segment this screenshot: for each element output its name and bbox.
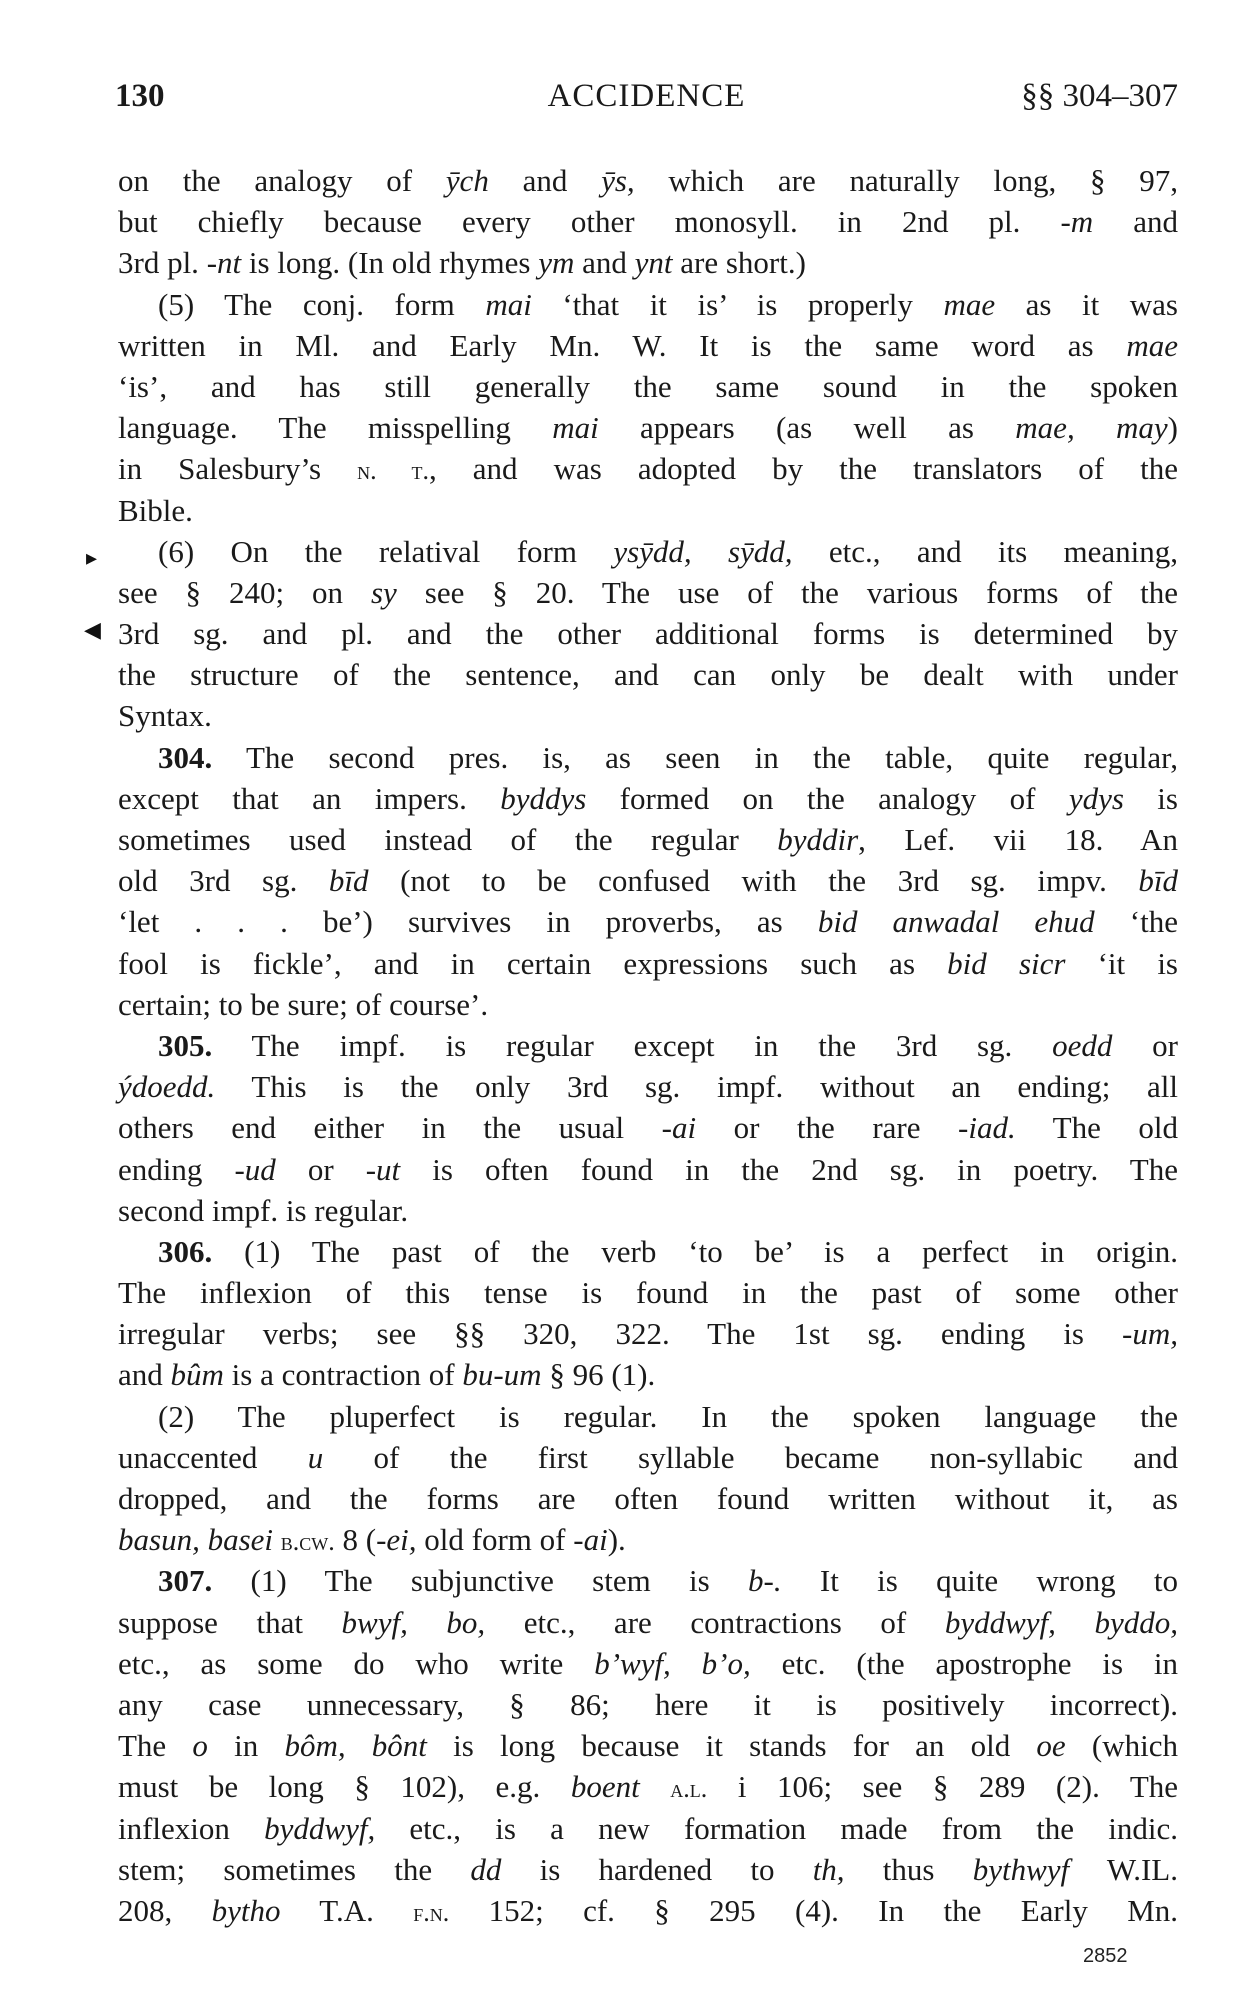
text-run: 3rd pl.: [118, 245, 207, 280]
text-run: T.A.: [281, 1893, 414, 1928]
text-run: 152; cf. § 295 (4). In the Early Mn.: [449, 1893, 1178, 1928]
welsh-form: bīd: [329, 863, 369, 898]
text-run: in: [208, 1728, 285, 1763]
text-run: which are naturally long, § 97,: [635, 163, 1178, 198]
text-line: 304. The second pres. is, as seen in the…: [118, 737, 1178, 778]
welsh-form: ysȳdd, sȳdd,: [613, 534, 792, 569]
welsh-form: ȳs,: [601, 163, 635, 198]
text-run: (not to be confused with the 3rd sg. imp…: [369, 863, 1139, 898]
text-line: unaccented u of the first syllable becam…: [118, 1437, 1178, 1478]
welsh-form: bythwyf: [973, 1852, 1069, 1887]
text-run: Bible.: [118, 493, 193, 528]
text-line: 306. (1) The past of the verb ‘to be’ is…: [118, 1231, 1178, 1272]
text-run: thus: [845, 1852, 973, 1887]
scan-number: 2852: [1083, 1945, 1128, 1968]
text-line: inflexion byddwyf, etc., is a new format…: [118, 1808, 1178, 1849]
welsh-form: byddys: [500, 781, 586, 816]
welsh-form: b’wyf, b’o,: [594, 1646, 751, 1681]
text-run: is hardened to: [501, 1852, 812, 1887]
text-run: dropped, and the forms are often found w…: [118, 1481, 1178, 1516]
text-run: etc., as some do who write: [118, 1646, 594, 1681]
text-run: etc., is a new formation made from the i…: [375, 1811, 1178, 1846]
text-run: as it was: [995, 287, 1178, 322]
welsh-form: -ud: [234, 1152, 275, 1187]
text-run: etc., and its meaning,: [793, 534, 1178, 569]
text-run: (5) The conj. form: [158, 287, 485, 322]
text-run: The old: [1016, 1110, 1178, 1145]
text-run: and: [574, 245, 634, 280]
running-title: ACCIDENCE: [115, 78, 1178, 115]
text-run: etc. (the apostrophe is in: [751, 1646, 1178, 1681]
text-run: (1) The past of the verb ‘to be’ is a pe…: [212, 1234, 1178, 1269]
text-run: certain; to be sure; of course’.: [118, 987, 488, 1022]
welsh-form: bytho: [212, 1893, 281, 1928]
text-line: suppose that bwyf, bo, etc., are contrac…: [118, 1602, 1178, 1643]
welsh-form: ydys: [1069, 781, 1124, 816]
text-line: certain; to be sure; of course’.: [118, 984, 1178, 1025]
text-line: The inflexion of this tense is found in …: [118, 1272, 1178, 1313]
welsh-form: bôm, bônt: [284, 1728, 426, 1763]
welsh-form: sy: [371, 575, 397, 610]
text-run: ): [1168, 410, 1178, 445]
text-run: must be long § 102), e.g.: [118, 1769, 571, 1804]
text-run: or: [276, 1152, 366, 1187]
welsh-form: mai: [552, 410, 599, 445]
text-line: basun, basei b.cw. 8 (-ei, old form of -…: [118, 1519, 1178, 1560]
source-abbrev: a.l.: [670, 1774, 707, 1803]
text-run: 3rd sg. and pl. and the other additional…: [118, 616, 1178, 651]
text-run: ending: [118, 1152, 234, 1187]
welsh-form: -um,: [1122, 1316, 1178, 1351]
text-line: (6) On the relatival form ysȳdd, sȳdd, e…: [118, 531, 1178, 572]
text-run: suppose that: [118, 1605, 342, 1640]
welsh-form: bid sicr: [947, 946, 1065, 981]
text-run: in Salesbury’s: [118, 451, 357, 486]
welsh-form: oedd: [1052, 1028, 1112, 1063]
welsh-form: ȳch: [446, 163, 489, 198]
text-run: is often found in the 2nd sg. in poetry.…: [400, 1152, 1178, 1187]
text-run: , Lef. vii 18. An: [858, 822, 1178, 857]
text-run: ).: [608, 1522, 626, 1557]
text-run: Syntax.: [118, 698, 212, 733]
text-line: except that an impers. byddys formed on …: [118, 778, 1178, 819]
text-run: or: [1112, 1028, 1178, 1063]
text-run: (6) On the relatival form: [158, 534, 613, 569]
pencil-tick-mark-icon: ▸: [86, 545, 97, 571]
welsh-form: ýdoedd.: [118, 1069, 215, 1104]
welsh-form: ynt: [635, 245, 673, 280]
text-run: and: [489, 163, 601, 198]
text-run: inflexion: [118, 1811, 264, 1846]
text-run: and: [1093, 204, 1178, 239]
pencil-arrow-mark-icon: ◀: [84, 617, 101, 643]
text-run: is long because it stands for an old: [427, 1728, 1037, 1763]
section-number: 305.: [158, 1028, 212, 1063]
welsh-form: -m: [1060, 204, 1093, 239]
text-line: (5) The conj. form mai ‘that it is’ is p…: [118, 284, 1178, 325]
text-run: i 106; see § 289 (2). The: [707, 1769, 1178, 1804]
welsh-form: mae: [943, 287, 995, 322]
text-run: (which: [1066, 1728, 1178, 1763]
welsh-form: bwyf, bo,: [342, 1605, 486, 1640]
text-line: stem; sometimes the dd is hardened to th…: [118, 1849, 1178, 1890]
text-run: etc., are contractions of: [485, 1605, 945, 1640]
text-run: [273, 1522, 281, 1557]
text-run: others end either in the usual: [118, 1110, 662, 1145]
welsh-form: -iad.: [958, 1110, 1016, 1145]
text-run: unaccented: [118, 1440, 308, 1475]
text-line: and bûm is a contraction of bu-um § 96 (…: [118, 1354, 1178, 1395]
text-run: old form of: [417, 1522, 574, 1557]
text-line: on the analogy of ȳch and ȳs, which are …: [118, 160, 1178, 201]
section-number: 307.: [158, 1563, 212, 1598]
text-line: fool is fickle’, and in certain expressi…: [118, 943, 1178, 984]
welsh-form: byddwyf, byddo,: [945, 1605, 1178, 1640]
running-header: 130 ACCIDENCE §§ 304–307: [115, 78, 1178, 122]
text-line: the structure of the sentence, and can o…: [118, 654, 1178, 695]
welsh-form: -nt: [207, 245, 241, 280]
text-line: others end either in the usual -ai or th…: [118, 1107, 1178, 1148]
welsh-form: bu-um: [462, 1357, 541, 1392]
text-run: see § 240; on: [118, 575, 371, 610]
text-line: ýdoedd. This is the only 3rd sg. impf. w…: [118, 1066, 1178, 1107]
welsh-form: bīd: [1138, 863, 1178, 898]
text-run: appears (as well as: [599, 410, 1016, 445]
text-line: in Salesbury’s n. t., and was adopted by…: [118, 448, 1178, 489]
section-number: 306.: [158, 1234, 212, 1269]
text-line: 3rd sg. and pl. and the other additional…: [118, 613, 1178, 654]
text-run: see § 20. The use of the various forms o…: [397, 575, 1178, 610]
text-run: ‘let . . . be’) survives in proverbs, as: [118, 904, 818, 939]
source-abbrev: n. t.: [357, 456, 429, 485]
text-run: is a contraction of: [224, 1357, 462, 1392]
text-line: must be long § 102), e.g. boent a.l. i 1…: [118, 1766, 1178, 1807]
text-run: W.IL.: [1069, 1852, 1178, 1887]
welsh-form: o: [192, 1728, 208, 1763]
text-run: [640, 1769, 671, 1804]
welsh-form: mae, may: [1015, 410, 1167, 445]
welsh-form: byddir: [777, 822, 858, 857]
text-line: (2) The pluperfect is regular. In the sp…: [118, 1396, 1178, 1437]
text-run: (1) The subjunctive stem is: [212, 1563, 748, 1598]
text-run: The inflexion of this tense is found in …: [118, 1275, 1178, 1310]
text-run: is long. (In old rhymes: [241, 245, 538, 280]
text-run: but chiefly because every other monosyll…: [118, 204, 1060, 239]
text-run: , and was adopted by the translators of …: [429, 451, 1178, 486]
text-run: on the analogy of: [118, 163, 446, 198]
text-run: stem; sometimes the: [118, 1852, 470, 1887]
welsh-form: u: [308, 1440, 324, 1475]
text-line: irregular verbs; see §§ 320, 322. The 1s…: [118, 1313, 1178, 1354]
text-line: The o in bôm, bônt is long because it st…: [118, 1725, 1178, 1766]
welsh-form: mae: [1126, 328, 1178, 363]
welsh-form: dd: [470, 1852, 501, 1887]
welsh-form: -ut: [366, 1152, 400, 1187]
welsh-form: -ai: [662, 1110, 696, 1145]
welsh-form: byddwyf,: [264, 1811, 375, 1846]
page-body-text: on the analogy of ȳch and ȳs, which are …: [118, 160, 1178, 1931]
text-line: language. The misspelling mai appears (a…: [118, 407, 1178, 448]
source-abbrev: b.cw.: [281, 1527, 335, 1556]
text-run: It is quite wrong to: [782, 1563, 1178, 1598]
text-run: ‘the: [1095, 904, 1178, 939]
text-line: ‘let . . . be’) survives in proverbs, as…: [118, 901, 1178, 942]
text-line: Bible.: [118, 490, 1178, 531]
welsh-form: ym: [538, 245, 574, 280]
text-run: is: [1124, 781, 1178, 816]
text-line: second impf. is regular.: [118, 1190, 1178, 1231]
text-run: second impf. is regular.: [118, 1193, 408, 1228]
text-line: ending -ud or -ut is often found in the …: [118, 1149, 1178, 1190]
welsh-form: bid anwadal ehud: [818, 904, 1095, 939]
text-line: etc., as some do who write b’wyf, b’o, e…: [118, 1643, 1178, 1684]
text-run: 208,: [118, 1893, 212, 1928]
text-run: formed on the analogy of: [586, 781, 1069, 816]
text-run: The impf. is regular except in the 3rd s…: [212, 1028, 1052, 1063]
text-line: any case unnecessary, § 86; here it is p…: [118, 1684, 1178, 1725]
text-run: (2) The pluperfect is regular. In the sp…: [158, 1399, 1178, 1434]
welsh-form: oe: [1036, 1728, 1065, 1763]
welsh-form: bûm: [171, 1357, 224, 1392]
text-run: fool is fickle’, and in certain expressi…: [118, 946, 947, 981]
text-line: see § 240; on sy see § 20. The use of th…: [118, 572, 1178, 613]
welsh-form: basun, basei: [118, 1522, 273, 1557]
text-run: This is the only 3rd sg. impf. without a…: [215, 1069, 1178, 1104]
text-line: 3rd pl. -nt is long. (In old rhymes ym a…: [118, 242, 1178, 283]
text-run: 8 (: [335, 1522, 376, 1557]
text-run: except that an impers.: [118, 781, 500, 816]
welsh-form: -ei,: [376, 1522, 416, 1557]
text-run: ‘that it is’ is properly: [532, 287, 944, 322]
text-run: The: [118, 1728, 192, 1763]
text-run: the structure of the sentence, and can o…: [118, 657, 1178, 692]
text-run: and: [118, 1357, 171, 1392]
text-line: 305. The impf. is regular except in the …: [118, 1025, 1178, 1066]
text-run: any case unnecessary, § 86; here it is p…: [118, 1687, 1178, 1722]
text-run: irregular verbs; see §§ 320, 322. The 1s…: [118, 1316, 1122, 1351]
text-run: of the first syllable became non-syllabi…: [323, 1440, 1178, 1475]
text-line: written in Ml. and Early Mn. W. It is th…: [118, 325, 1178, 366]
source-abbrev: f.n.: [413, 1898, 449, 1927]
text-line: dropped, and the forms are often found w…: [118, 1478, 1178, 1519]
text-run: language. The misspelling: [118, 410, 552, 445]
section-range: §§ 304–307: [1021, 78, 1178, 115]
text-run: The second pres. is, as seen in the tabl…: [212, 740, 1178, 775]
welsh-form: boent: [571, 1769, 640, 1804]
text-run: or the rare: [696, 1110, 958, 1145]
section-number: 304.: [158, 740, 212, 775]
welsh-form: b-.: [748, 1563, 782, 1598]
text-run: § 96 (1).: [542, 1357, 656, 1392]
text-line: 307. (1) The subjunctive stem is b-. It …: [118, 1560, 1178, 1601]
text-run: written in Ml. and Early Mn. W. It is th…: [118, 328, 1126, 363]
welsh-form: mai: [485, 287, 532, 322]
text-line: ‘is’, and has still generally the same s…: [118, 366, 1178, 407]
text-line: sometimes used instead of the regular by…: [118, 819, 1178, 860]
text-line: old 3rd sg. bīd (not to be confused with…: [118, 860, 1178, 901]
welsh-form: th,: [813, 1852, 845, 1887]
text-line: Syntax.: [118, 695, 1178, 736]
text-run: are short.): [672, 245, 805, 280]
text-run: sometimes used instead of the regular: [118, 822, 777, 857]
welsh-form: -ai: [573, 1522, 607, 1557]
text-line: but chiefly because every other monosyll…: [118, 201, 1178, 242]
text-run: ‘is’, and has still generally the same s…: [118, 369, 1178, 404]
text-run: old 3rd sg.: [118, 863, 329, 898]
text-run: ‘it is: [1065, 946, 1178, 981]
text-line: 208, bytho T.A. f.n. 152; cf. § 295 (4).…: [118, 1890, 1178, 1931]
